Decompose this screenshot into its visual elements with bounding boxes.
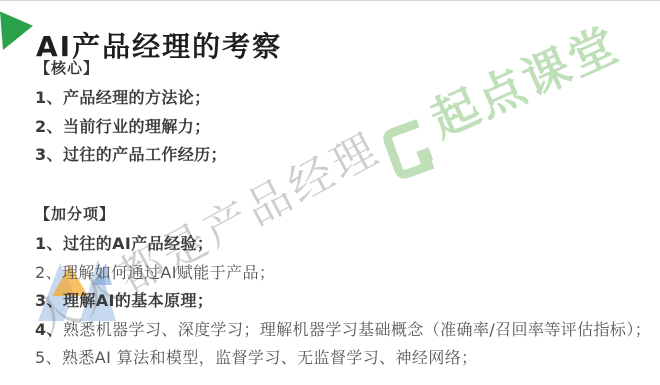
item-number: 5、 xyxy=(35,348,62,367)
item-text: 产品经理的方法论； xyxy=(63,88,211,107)
item-number: 4、 xyxy=(35,320,63,339)
item-number: 2、 xyxy=(35,263,62,282)
section-core-heading: 【核心】 xyxy=(35,58,227,78)
item-number: 3、 xyxy=(35,291,63,310)
item-text: 理解如何通过AI赋能于产品； xyxy=(62,263,275,282)
green-arrow-icon xyxy=(0,9,33,50)
list-item: 4、熟悉机器学习、深度学习；理解机器学习基础概念（准确率/召回率等评估指标）； xyxy=(35,320,651,340)
list-item: 5、熟悉AI 算法和模型，监督学习、无监督学习、神经网络； xyxy=(35,348,651,368)
item-text: 熟悉AI 算法和模型，监督学习、无监督学习、神经网络； xyxy=(62,348,478,367)
slide-content: AI产品经理的考察 【核心】 1、产品经理的方法论； 2、当前行业的理解力； 3… xyxy=(0,0,660,385)
list-item: 1、产品经理的方法论； xyxy=(35,88,227,108)
section-bonus: 【加分项】 1、过往的AI产品经验； 2、理解如何通过AI赋能于产品； 3、理解… xyxy=(35,204,651,377)
item-text: 过往的AI产品经验； xyxy=(63,234,213,253)
list-item: 2、当前行业的理解力； xyxy=(35,117,227,137)
item-number: 3、 xyxy=(35,145,63,164)
item-number: 1、 xyxy=(35,234,63,253)
item-number: 1、 xyxy=(35,88,63,107)
list-item: 3、理解AI的基本原理； xyxy=(35,291,651,311)
item-text: 理解AI的基本原理； xyxy=(63,291,213,310)
item-text: 熟悉机器学习、深度学习；理解机器学习基础概念（准确率/召回率等评估指标）； xyxy=(63,320,651,339)
list-item: 1、过往的AI产品经验； xyxy=(35,234,651,254)
item-number: 2、 xyxy=(35,117,63,136)
section-bonus-heading: 【加分项】 xyxy=(35,204,651,224)
list-item: 3、过往的产品工作经历； xyxy=(35,145,227,165)
item-text: 当前行业的理解力； xyxy=(63,117,211,136)
list-item: 2、理解如何通过AI赋能于产品； xyxy=(35,263,651,283)
section-core: 【核心】 1、产品经理的方法论； 2、当前行业的理解力； 3、过往的产品工作经历… xyxy=(35,58,227,174)
item-text: 过往的产品工作经历； xyxy=(63,145,227,164)
